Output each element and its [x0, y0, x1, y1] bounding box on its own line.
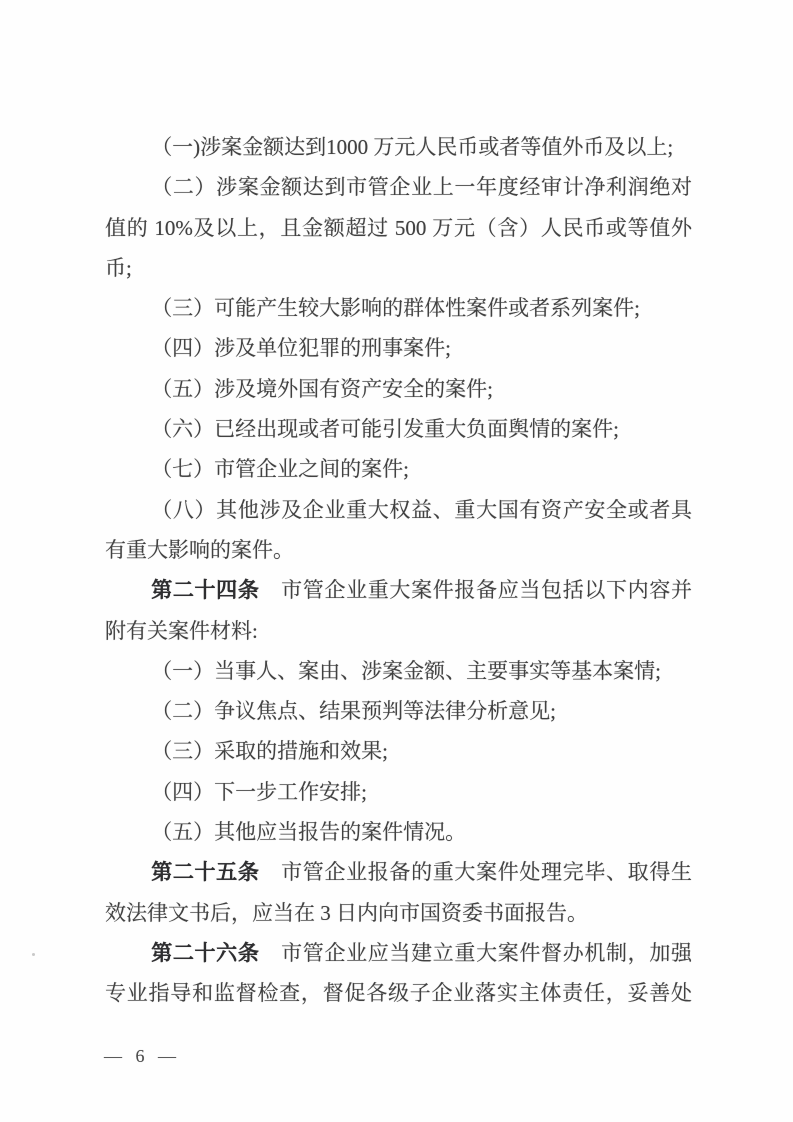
line-text: （五）其他应当报告的案件情况。	[151, 820, 466, 844]
text-line: 第二十六条 市管企业应当建立重大案件督办机制，加强	[105, 933, 692, 973]
text-line: 第二十五条 市管企业报备的重大案件处理完毕、取得生	[105, 852, 692, 892]
article-number: 第二十六条	[151, 941, 259, 965]
text-line: 有重大影响的案件。	[105, 530, 692, 570]
document-text: （一)涉案金额达到1000 万元人民币或者等值外币及以上;（二）涉案金额达到市管…	[105, 127, 692, 1014]
text-line: （一)涉案金额达到1000 万元人民币或者等值外币及以上;	[105, 127, 692, 167]
scan-artifact-dot	[32, 953, 35, 956]
page-number: — 6 —	[104, 1046, 177, 1066]
line-text: 市管企业报备的重大案件处理完毕、取得生	[259, 860, 692, 884]
line-text: （三）可能产生较大影响的群体性案件或者系列案件;	[151, 296, 640, 320]
line-text: （六）已经出现或者可能引发重大负面舆情的案件;	[151, 417, 619, 441]
line-text: （一）当事人、案由、涉案金额、主要事实等基本案情;	[151, 659, 661, 683]
line-text: （二）涉案金额达到市管企业上一年度经审计净利润绝对	[151, 175, 692, 199]
line-text: （四）涉及单位犯罪的刑事案件;	[151, 336, 451, 360]
text-line: （七）市管企业之间的案件;	[105, 449, 692, 489]
line-text: 效法律文书后，应当在 3 日内向市国资委书面报告。	[105, 901, 588, 925]
line-text: 市管企业应当建立重大案件督办机制，加强	[259, 941, 692, 965]
line-text: 市管企业重大案件报备应当包括以下内容并	[259, 578, 692, 602]
text-line: 效法律文书后，应当在 3 日内向市国资委书面报告。	[105, 893, 692, 933]
text-line: （二）争议焦点、结果预判等法律分析意见;	[105, 691, 692, 731]
text-line: 币;	[105, 248, 692, 288]
text-line: （五）涉及境外国有资产安全的案件;	[105, 369, 692, 409]
text-line: （五）其他应当报告的案件情况。	[105, 812, 692, 852]
text-line: 值的 10%及以上，且金额超过 500 万元（含）人民币或等值外	[105, 208, 692, 248]
line-text: 有重大影响的案件。	[105, 538, 294, 562]
line-text: （三）采取的措施和效果;	[151, 739, 388, 763]
text-line: 专业指导和监督检查，督促各级子企业落实主体责任，妥善处	[105, 973, 692, 1013]
line-text: 专业指导和监督检查，督促各级子企业落实主体责任，妥善处	[105, 981, 692, 1005]
text-line: 附有关案件材料:	[105, 611, 692, 651]
article-number: 第二十五条	[151, 860, 259, 884]
text-line: （三）采取的措施和效果;	[105, 731, 692, 771]
text-line: （一）当事人、案由、涉案金额、主要事实等基本案情;	[105, 651, 692, 691]
text-line: 第二十四条 市管企业重大案件报备应当包括以下内容并	[105, 570, 692, 610]
page-footer: — 6 —	[104, 1046, 177, 1067]
text-line: （三）可能产生较大影响的群体性案件或者系列案件;	[105, 288, 692, 328]
text-line: （二）涉案金额达到市管企业上一年度经审计净利润绝对	[105, 167, 692, 207]
text-line: （六）已经出现或者可能引发重大负面舆情的案件;	[105, 409, 692, 449]
text-line: （四）涉及单位犯罪的刑事案件;	[105, 328, 692, 368]
line-text: （一)涉案金额达到1000 万元人民币或者等值外币及以上;	[151, 135, 673, 159]
line-text: （二）争议焦点、结果预判等法律分析意见;	[151, 699, 556, 723]
line-text: 值的 10%及以上，且金额超过 500 万元（含）人民币或等值外	[105, 216, 692, 240]
line-text: （四）下一步工作安排;	[151, 780, 367, 804]
line-text: （八）其他涉及企业重大权益、重大国有资产安全或者具	[151, 498, 692, 522]
line-text: （五）涉及境外国有资产安全的案件;	[151, 377, 493, 401]
text-line: （四）下一步工作安排;	[105, 772, 692, 812]
document-page: （一)涉案金额达到1000 万元人民币或者等值外币及以上;（二）涉案金额达到市管…	[0, 0, 793, 1122]
line-text: 附有关案件材料:	[105, 619, 258, 643]
line-text: 币;	[105, 256, 132, 280]
line-text: （七）市管企业之间的案件;	[151, 457, 409, 481]
article-number: 第二十四条	[151, 578, 259, 602]
text-line: （八）其他涉及企业重大权益、重大国有资产安全或者具	[105, 490, 692, 530]
